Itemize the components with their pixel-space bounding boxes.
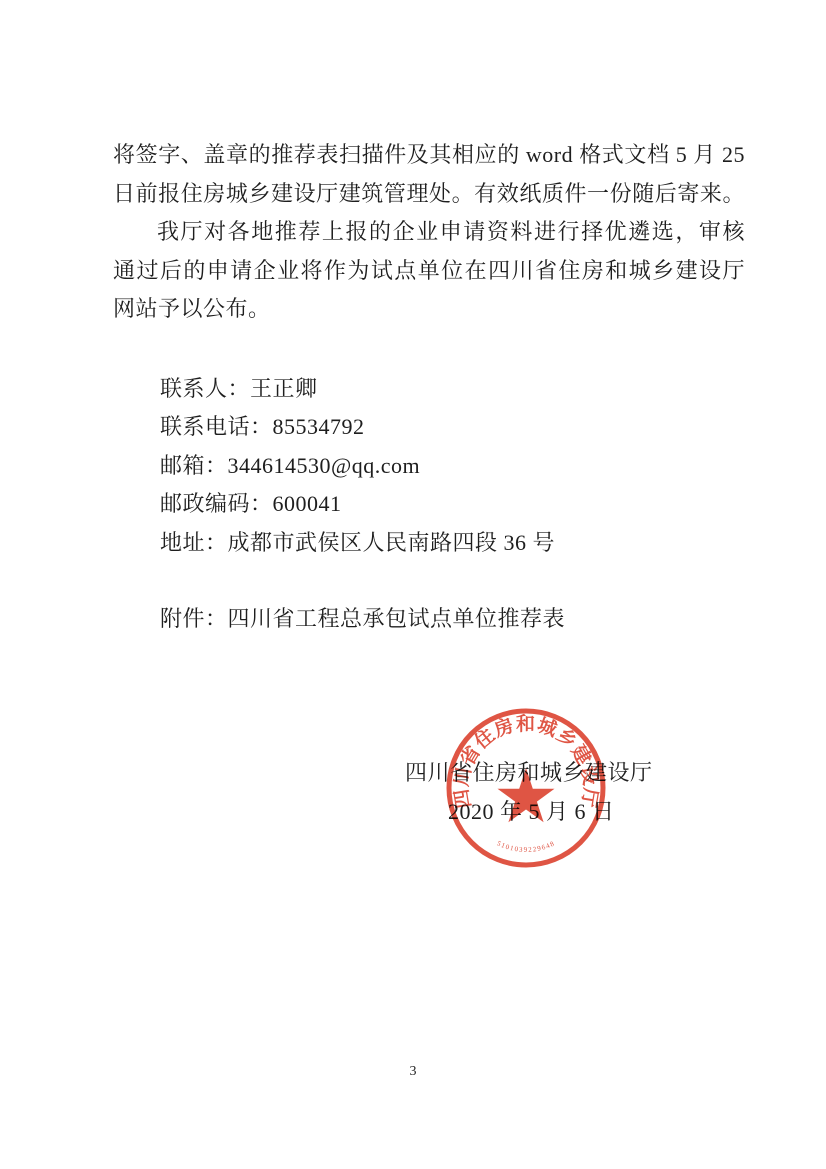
body-line: 日前报住房城乡建设厅建筑管理处。有效纸质件一份随后寄来。 (113, 175, 745, 214)
official-seal: 四川省住房和城乡建设厅 5101039229648 (441, 703, 611, 873)
seal-graphic: 四川省住房和城乡建设厅 5101039229648 (441, 703, 611, 873)
signature-date: 2020 年 5 月 6 日 (448, 797, 615, 827)
seal-serial: 5101039229648 (496, 839, 557, 854)
body-line: 网站予以公布。 (113, 290, 745, 329)
contact-person-line: 联系人：王正卿 (160, 370, 555, 408)
signature-org: 四川省住房和城乡建设厅 (405, 758, 653, 788)
contact-block: 联系人：王正卿 联系电话：85534792 邮箱：344614530@qq.co… (160, 370, 555, 562)
contact-postcode-line: 邮政编码：600041 (160, 485, 555, 523)
seal-ring (449, 711, 603, 865)
contact-email-line: 邮箱：344614530@qq.com (160, 447, 555, 485)
body-paragraphs: 将签字、盖章的推荐表扫描件及其相应的 word 格式文档 5 月 25 日前报住… (113, 136, 745, 329)
seal-serial-holder: 5101039229648 (496, 839, 557, 854)
document-page: 将签字、盖章的推荐表扫描件及其相应的 word 格式文档 5 月 25 日前报住… (0, 0, 826, 1169)
body-line: 将签字、盖章的推荐表扫描件及其相应的 word 格式文档 5 月 25 (113, 136, 745, 175)
contact-address-line: 地址：成都市武侯区人民南路四段 36 号 (160, 524, 555, 562)
contact-phone-line: 联系电话：85534792 (160, 408, 555, 446)
body-line: 通过后的申请企业将作为试点单位在四川省住房和城乡建设厅 (113, 252, 745, 291)
attachment-line: 附件：四川省工程总承包试点单位推荐表 (160, 600, 565, 638)
body-line: 我厅对各地推荐上报的企业申请资料进行择优遴选，审核 (113, 213, 745, 252)
page-number: 3 (0, 1064, 826, 1080)
